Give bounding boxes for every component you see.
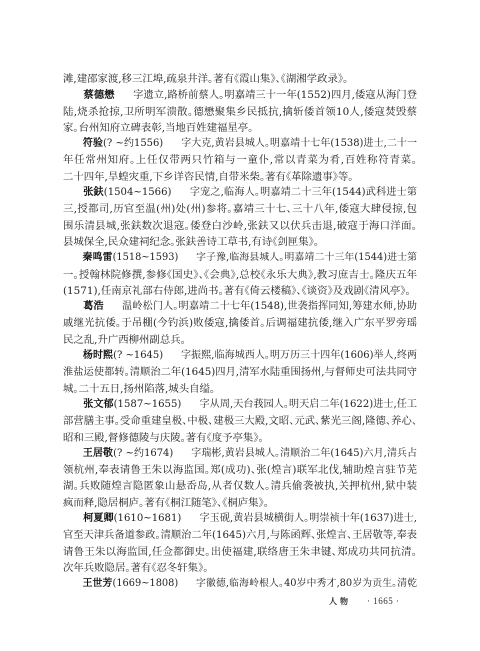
text-line: 三,授都司,历官至温(州)处(州)参将。嘉靖三十七、三十八年,倭寇大肆侵掠,包 xyxy=(63,201,417,217)
entry-name: 王居敬 xyxy=(83,448,113,459)
entry-first-line-text: 字从周,天台莪园人。明天启二年(1622)进士,任工 xyxy=(200,399,418,410)
entry-first-line-text: 字遗立,路桥前蔡人。明嘉靖三十一年(1552)四月,倭寇从海门登 xyxy=(133,89,417,101)
biography-entry: 王世芳(1669~1808)字徽德,临海岭根人。40岁中秀才,80岁为贡生。清乾 xyxy=(63,576,417,592)
entry-heading-line: 柯夏卿(1610~1681)字玉砚,黄岩县城横街人。明崇祯十年(1637)进士, xyxy=(63,511,417,527)
page-footer: 人物 · 1665 · xyxy=(0,595,480,607)
entry-dates: (1669~1808) xyxy=(113,578,179,589)
footer-section-title: 人物 xyxy=(329,595,351,607)
entry-first-line-text: 字宠之,临海人。明嘉靖二十三年(1544)武科进士第 xyxy=(190,187,417,198)
entry-dates: (? ~1645) xyxy=(113,350,163,361)
biography-entry: 张鈇(1504~1566)字宠之,临海人。明嘉靖二十三年(1544)武科进士第 … xyxy=(63,185,417,250)
entry-dates: (1587~1655) xyxy=(114,399,182,410)
biography-entry: 王居敬(? ~约1674)字瑞彬,黄岩县城人。清顺治二年(1645)六月,清兵占… xyxy=(63,446,417,511)
biography-entry: 柯夏卿(1610~1681)字玉砚,黄岩县城横街人。明崇祯十年(1637)进士,… xyxy=(63,511,417,576)
text-line: 一。授翰林院修撰,参修《国史》、《会典》,总校《永乐大典》,教习庶吉士。隆庆五年 xyxy=(63,267,417,283)
entry-name: 王世芳 xyxy=(83,578,113,589)
biography-entry: 秦鸣雷(1518~1593)字子豫,临海县城人。明嘉靖二十三年(1544)进士第… xyxy=(63,250,417,299)
text-line: 滩,建邵家渡,移三江埠,疏泉井洋。著有《霞山集》、《湖湘学政录》。 xyxy=(63,71,417,87)
entry-heading-line: 张文郁(1587~1655)字从周,天台莪园人。明天启二年(1622)进士,任工 xyxy=(63,397,417,413)
entry-dates: (? ~约1556) xyxy=(103,138,163,149)
text-line: 县城保全,民众建祠纪念。张鈇善诗工草书,有诗《剑匣集》。 xyxy=(63,234,417,250)
text-line: 陆,烧杀抢掠,卫所明军溃散。德懋聚集乡民抵抗,擒斩倭首领10人,倭寇焚毁蔡 xyxy=(63,104,417,120)
biography-text-block: 滩,建邵家渡,移三江埠,疏泉井洋。著有《霞山集》、《湖湘学政录》。 蔡德懋字遗立… xyxy=(63,71,417,593)
text-line: 湖。兵败随煌言隐匿象山悬岙岛,从者仅数人。清兵偷袭被执,关押杭州,狱中装 xyxy=(63,478,417,494)
biography-entry: 葛浩温岭松门人。明嘉靖二十七年(1548),世袭指挥同知,筹建水师,协助 戚继光… xyxy=(63,299,417,348)
entry-name: 葛浩 xyxy=(83,301,104,312)
entry-first-line-text: 字瑞彬,黄岩县城人。清顺治二年(1645)六月,清兵占 xyxy=(191,448,417,459)
entry-name: 柯夏卿 xyxy=(83,513,113,524)
entry-first-line-text: 温岭松门人。明嘉靖二十七年(1548),世袭指挥同知,筹建水师,协助 xyxy=(122,301,417,312)
text-line: 戚继光抗倭。于吊棚(今钓浜)败倭寇,擒倭首。后调福建抗倭,继入广东平罗旁瑶 xyxy=(63,315,417,331)
entry-heading-line: 王世芳(1669~1808)字徽德,临海岭根人。40岁中秀才,80岁为贡生。清乾 xyxy=(63,576,417,592)
text-line: 家。台州知府立碑表彰,当地百姓建福星亭。 xyxy=(63,120,417,136)
biography-entry-continuation: 滩,建邵家渡,移三江埠,疏泉井洋。著有《霞山集》、《湖湘学政录》。 xyxy=(63,71,417,87)
text-line: 围乐清县城,张鈇数次退寇。倭登白沙岭,张鈇又以伏兵击退,破寇于海口洋面。 xyxy=(63,218,417,234)
entry-heading-line: 张鈇(1504~1566)字宠之,临海人。明嘉靖二十三年(1544)武科进士第 xyxy=(63,185,417,201)
entry-first-line-text: 字大克,黄岩县城人。明嘉靖十七年(1538)进士,二十一 xyxy=(181,138,417,149)
text-line: (1571),任南京礼部右侍郎,进尚书。著有《倚云楼稿》、《谈资》及戏剧《清风亭… xyxy=(63,283,417,299)
entry-heading-line: 王居敬(? ~约1674)字瑞彬,黄岩县城人。清顺治二年(1645)六月,清兵占 xyxy=(63,446,417,462)
biography-entry: 杨时熙(? ~1645)字振熙,临海城西人。明万历三十四年(1606)举人,终两… xyxy=(63,348,417,397)
text-line: 请鲁王朱以海监国,任佥都御史。出使福建,联络唐王朱聿键、郑成功共同抗清。 xyxy=(63,544,417,560)
entry-name: 杨时熙 xyxy=(83,350,113,361)
entry-dates: (1504~1566) xyxy=(104,187,172,198)
text-line: 二十四年,旱蝗灾重,下乡详咨民情,自带米柴。著有《革除遗事》等。 xyxy=(63,169,417,185)
entry-name: 张鈇 xyxy=(83,187,104,198)
text-line: 民之乱,升广西柳州副总兵。 xyxy=(63,332,417,348)
text-line: 部营膳主事。受命重建皇极、中极、建极三大殿,文昭、元武、紫光三阁,隆德、养心、 xyxy=(63,413,417,429)
entry-dates: (? ~约1674) xyxy=(113,448,173,459)
entry-heading-line: 蔡德懋字遗立,路桥前蔡人。明嘉靖三十一年(1552)四月,倭寇从海门登 xyxy=(63,87,417,103)
page-number: · 1665 · xyxy=(367,595,400,607)
entry-first-line-text: 字徽德,临海岭根人。40岁中秀才,80岁为贡生。清乾 xyxy=(196,578,417,589)
entry-first-line-text: 字玉砚,黄岩县城横街人。明崇祯十年(1637)进士, xyxy=(200,513,418,524)
entry-name: 张文郁 xyxy=(83,399,113,410)
entry-heading-line: 秦鸣雷(1518~1593)字子豫,临海县城人。明嘉靖二十三年(1544)进士第 xyxy=(63,250,417,266)
entry-name: 符验 xyxy=(83,138,103,149)
entry-name: 蔡德懋 xyxy=(84,89,115,101)
biography-entry: 张文郁(1587~1655)字从周,天台莪园人。明天启二年(1622)进士,任工… xyxy=(63,397,417,446)
entry-heading-line: 杨时熙(? ~1645)字振熙,临海城西人。明万历三十四年(1606)举人,终两 xyxy=(63,348,417,364)
entry-name: 秦鸣雷 xyxy=(83,252,113,263)
text-line: 官至天津兵备道参政。清顺治二年(1645)六月,与陈函辉、张煌言、王居敬等,奉表 xyxy=(63,527,417,543)
biography-entry: 符验(? ~约1556)字大克,黄岩县城人。明嘉靖十七年(1538)进士,二十一… xyxy=(63,136,417,185)
text-line: 昭和三殿,督修德陵与庆陵。著有《度予亭集》。 xyxy=(63,430,417,446)
document-page: 滩,建邵家渡,移三江埠,疏泉井洋。著有《霞山集》、《湖湘学政录》。 蔡德懋字遗立… xyxy=(0,0,480,651)
entry-first-line-text: 字子豫,临海县城人。明嘉靖二十三年(1544)进士第 xyxy=(196,252,417,263)
text-line: 城。二十五日,扬州陷落,城头自缢。 xyxy=(63,381,417,397)
text-line: 领杭州,奉表请鲁王朱以海监国。郑(成功)、张(煌言)联军北伐,辅助煌言驻节芜 xyxy=(63,462,417,478)
entry-first-line-text: 字振熙,临海城西人。明万历三十四年(1606)举人,终两 xyxy=(181,350,417,361)
text-line: 淮盐运使都转。清顺治二年(1645)四月,清军水陆重围扬州,与督师史可法共同守 xyxy=(63,364,417,380)
entry-dates: (1610~1681) xyxy=(114,513,182,524)
entry-heading-line: 符验(? ~约1556)字大克,黄岩县城人。明嘉靖十七年(1538)进士,二十一 xyxy=(63,136,417,152)
entry-heading-line: 葛浩温岭松门人。明嘉靖二十七年(1548),世袭指挥同知,筹建水师,协助 xyxy=(63,299,417,315)
text-line: 次年兵败隐居。著有《忍冬轩集》。 xyxy=(63,560,417,576)
text-line: 年任常州知府。上任仅带两只竹箱与一童仆,常以青菜为肴,百姓称符青菜。 xyxy=(63,152,417,168)
biography-entry: 蔡德懋字遗立,路桥前蔡人。明嘉靖三十一年(1552)四月,倭寇从海门登 陆,烧杀… xyxy=(63,87,417,136)
entry-dates: (1518~1593) xyxy=(113,252,179,263)
text-line: 疯而释,隐居桐庐。著有《桐江随笔》、《桐庐集》。 xyxy=(63,495,417,511)
